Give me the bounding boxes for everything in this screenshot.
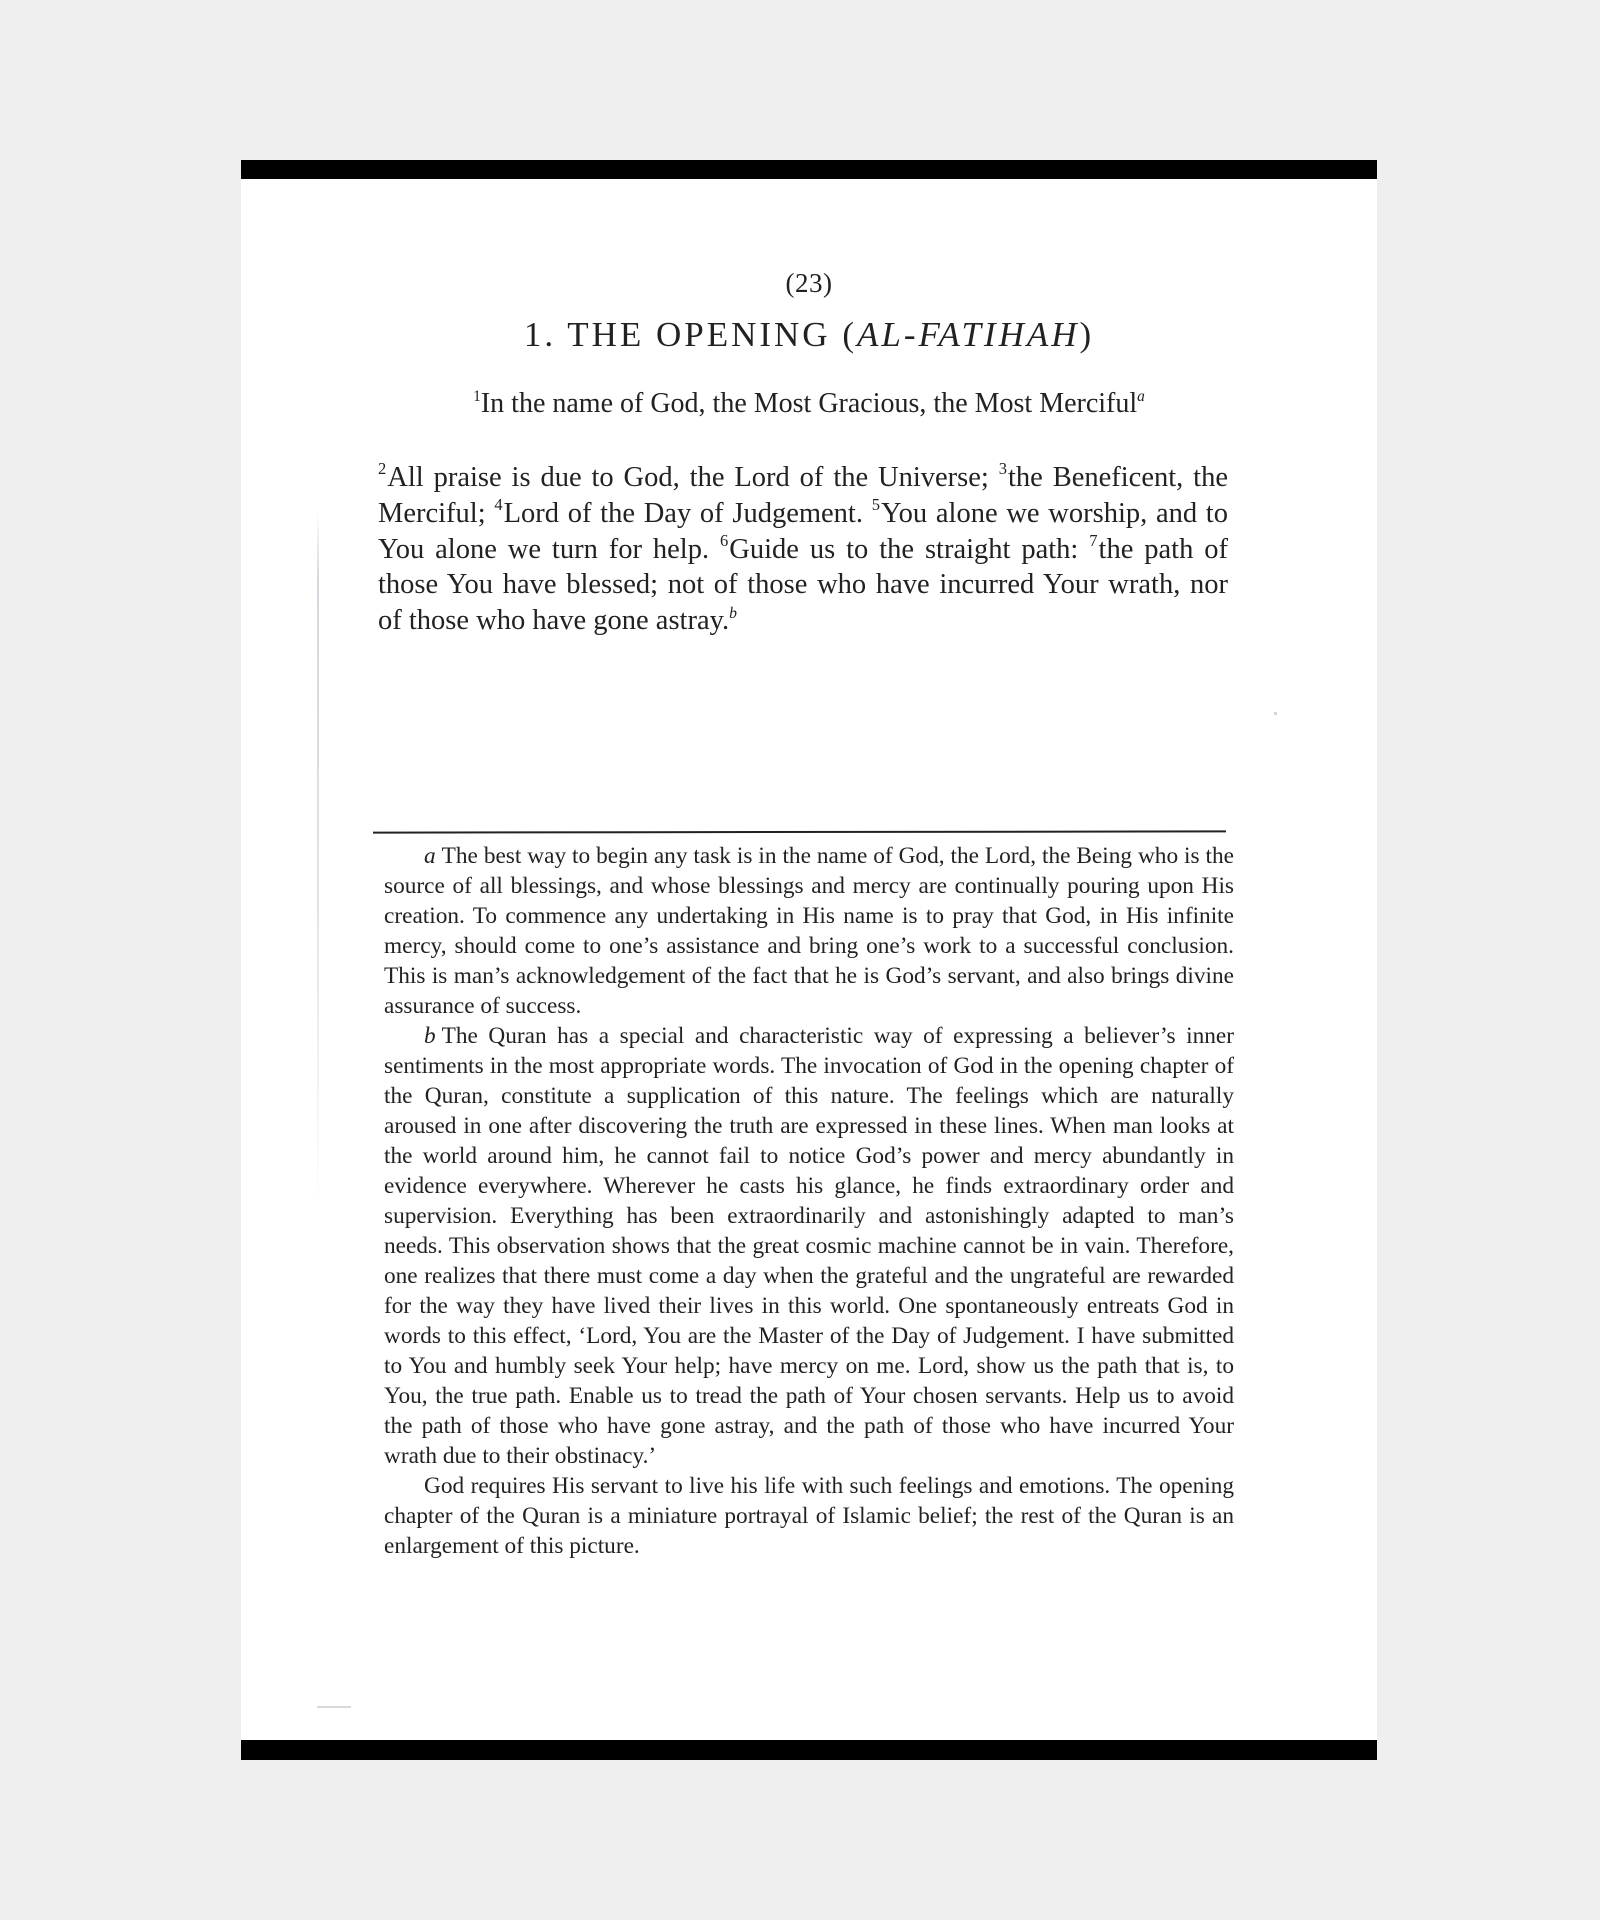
- scan-margin-artifact: [317, 510, 319, 1210]
- chapter-transliteration: AL-FATIHAH: [857, 315, 1080, 354]
- chapter-title: 1. THE OPENING (AL-FATIHAH): [241, 315, 1377, 355]
- footnote-marker-b[interactable]: b: [729, 605, 737, 622]
- verse-number: 3: [999, 459, 1007, 478]
- verse-text: All praise is due to God, the Lord of th…: [387, 462, 998, 493]
- verse-number: 4: [494, 495, 502, 514]
- verse-text: Guide us to the straight path:: [729, 534, 1089, 565]
- verse-number: 6: [720, 531, 728, 550]
- footnote-separator-rule: [373, 830, 1226, 833]
- bottom-black-bar: [241, 1740, 1377, 1760]
- footnote-text: The Quran has a special and characterist…: [384, 1023, 1234, 1469]
- verses-paragraph: 2All praise is due to God, the Lord of t…: [378, 460, 1228, 639]
- footnote-a: aThe best way to begin any task is in th…: [384, 841, 1234, 1021]
- verse-number: 1: [473, 388, 481, 405]
- footnote-letter: a: [424, 843, 436, 869]
- verse-text: Lord of the Day of Judgement.: [504, 498, 872, 529]
- scan-dash-artifact: [317, 1706, 351, 1708]
- footnote-text: God requires His servant to live his lif…: [384, 1473, 1234, 1559]
- footnote-text: The best way to begin any task is in the…: [384, 843, 1234, 1019]
- footnote-marker-a[interactable]: a: [1137, 388, 1145, 405]
- footnote-letter: b: [424, 1023, 436, 1049]
- verse-number: 5: [872, 495, 880, 514]
- bismillah-verse: 1In the name of God, the Most Gracious, …: [241, 388, 1377, 420]
- scanned-page: (23) 1. THE OPENING (AL-FATIHAH) 1In the…: [241, 160, 1377, 1760]
- chapter-title-main: 1. THE OPENING (: [524, 315, 857, 354]
- verse-number: 7: [1089, 531, 1097, 550]
- bismillah-text: In the name of God, the Most Gracious, t…: [481, 388, 1137, 419]
- scan-speck-artifact: [1274, 712, 1277, 715]
- footnotes-section: aThe best way to begin any task is in th…: [384, 841, 1234, 1561]
- top-black-bar: [241, 160, 1377, 179]
- page-number: (23): [241, 268, 1377, 299]
- verse-number: 2: [378, 459, 386, 478]
- footnote-b: bThe Quran has a special and characteris…: [384, 1021, 1234, 1471]
- chapter-title-close: ): [1080, 315, 1095, 354]
- footnote-b-continuation: God requires His servant to live his lif…: [384, 1471, 1234, 1561]
